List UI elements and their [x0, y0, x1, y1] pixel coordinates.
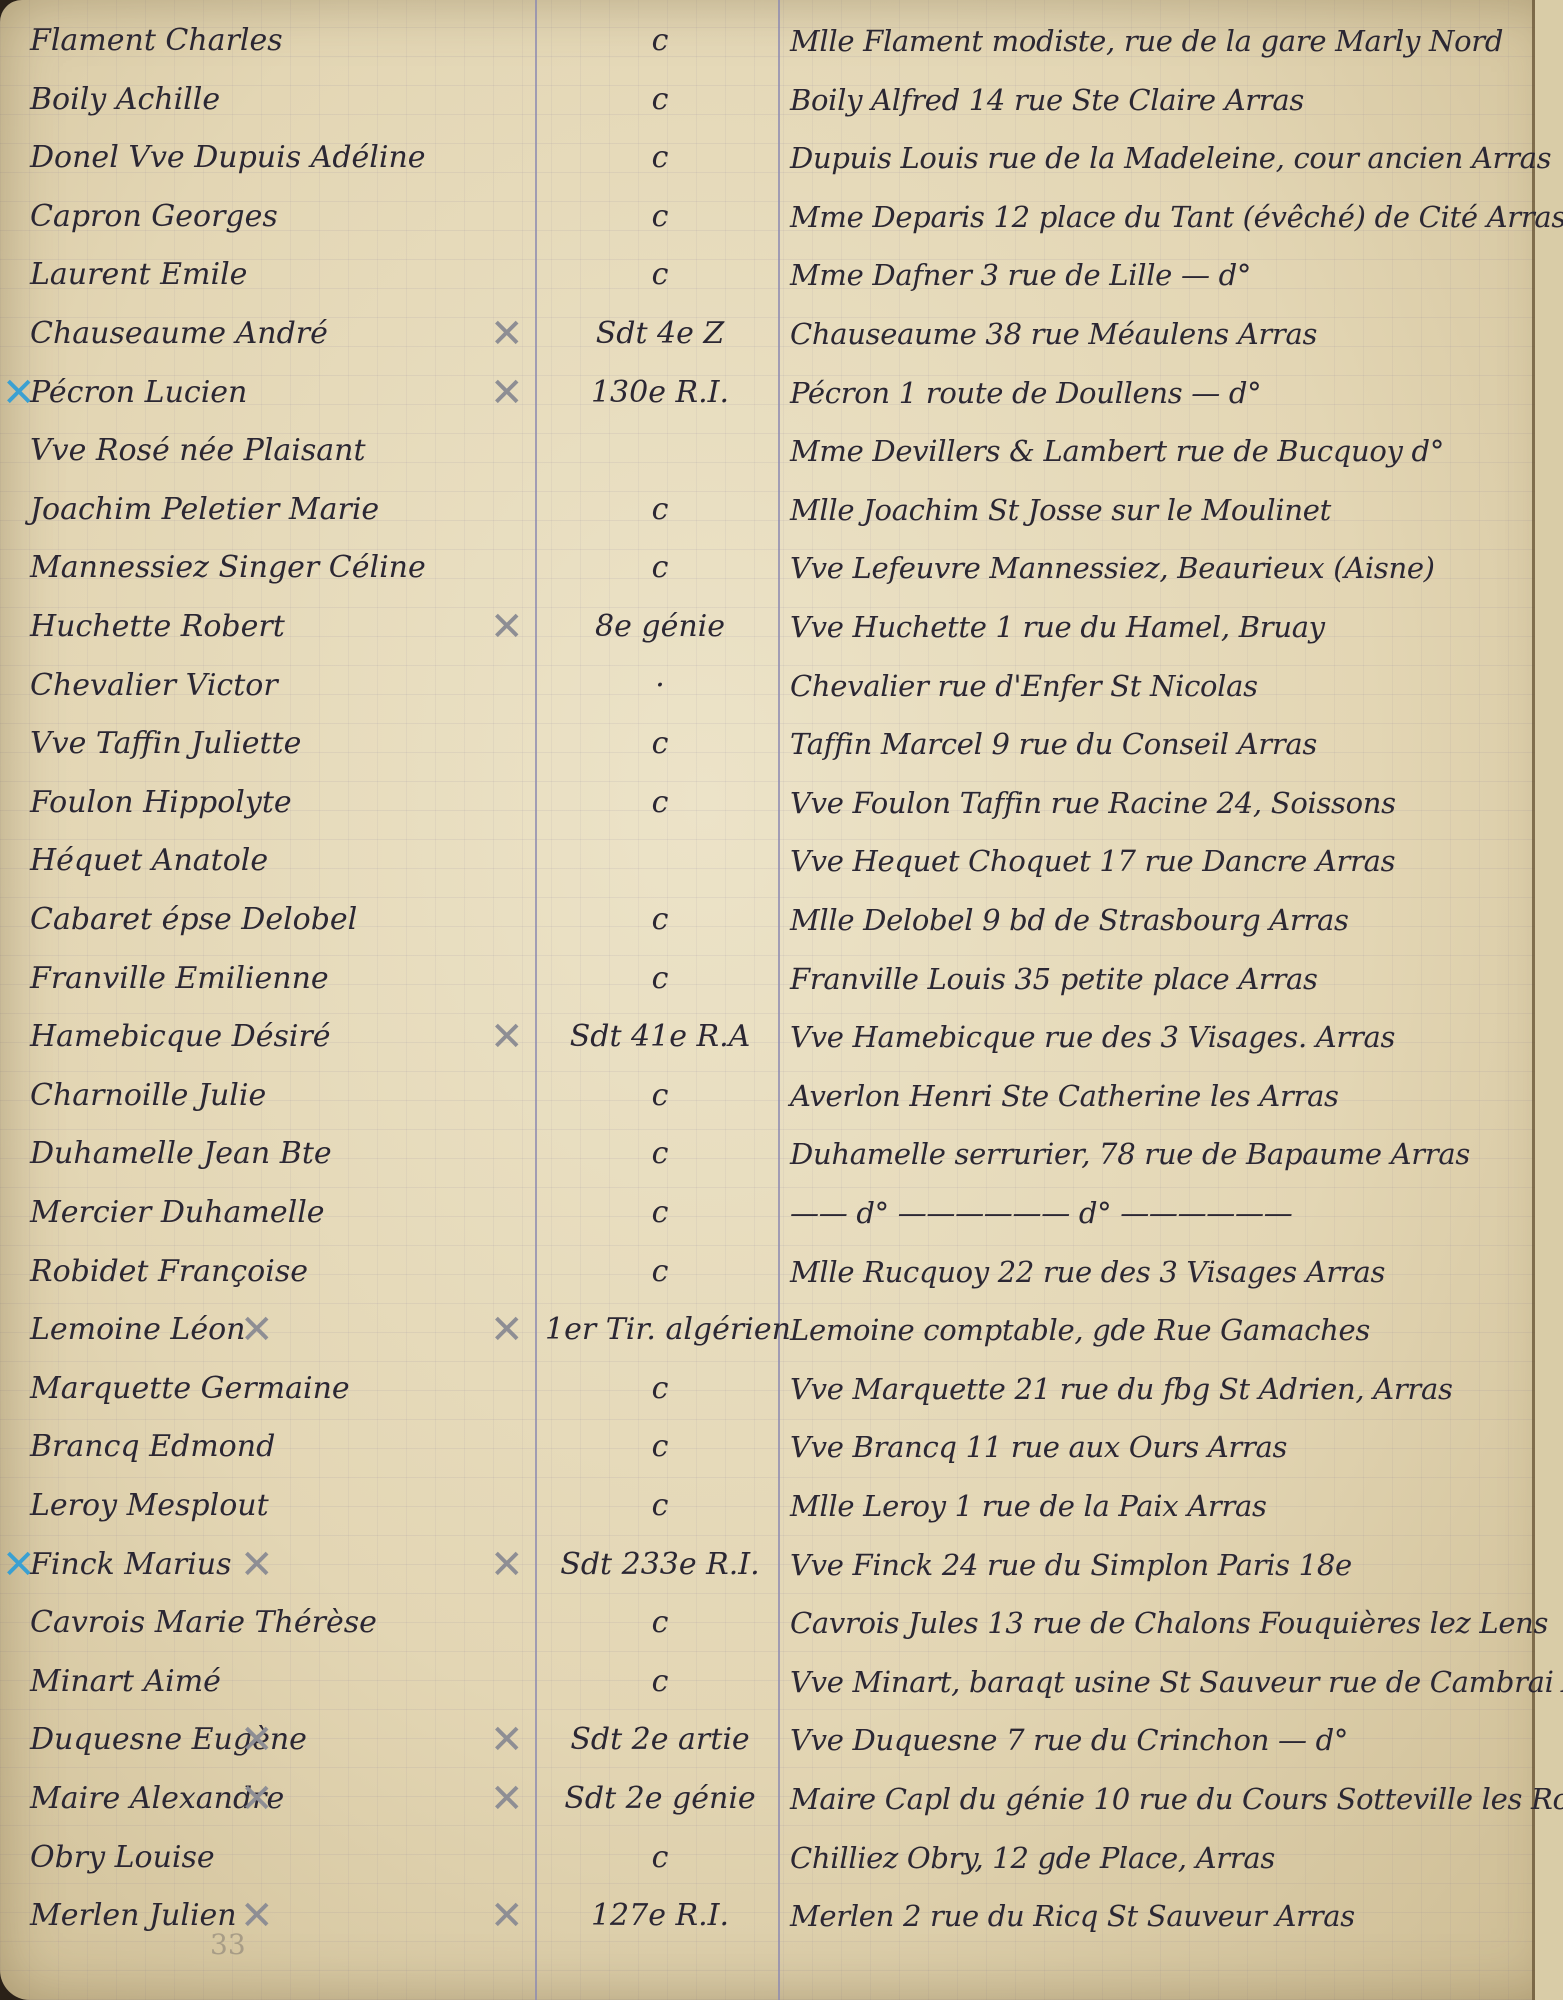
person-name: Obry Louise [30, 1829, 530, 1887]
unit-or-status: · [545, 657, 775, 715]
contact-address: Vve Hequet Choquet 17 rue Dancre Arras [790, 832, 1530, 890]
register-row: Chevalier Victor · Chevalier rue d'Enfer… [0, 657, 1530, 715]
contact-address: Mlle Rucquoy 22 rue des 3 Visages Arras [790, 1243, 1530, 1301]
register-row: Donel Vve Dupuis Adéline c Dupuis Louis … [0, 129, 1530, 187]
unit-or-status: Sdt 2e artie [545, 1711, 775, 1769]
unit-or-status: c [545, 1184, 775, 1242]
cross-mark-icon: ✕ [2, 1542, 36, 1588]
unit-or-status: c [545, 1243, 775, 1301]
register-row: Robidet Françoise c Mlle Rucquoy 22 rue … [0, 1243, 1530, 1301]
register-row: Capron Georges c Mme Deparis 12 place du… [0, 188, 1530, 246]
register-row: Hamebicque Désiré Sdt 41e R.A Vve Hamebi… [0, 1008, 1530, 1066]
person-name: Duquesne Eugène [30, 1711, 530, 1769]
person-name: Joachim Peletier Marie [30, 481, 530, 539]
contact-address: Vve Duquesne 7 rue du Crinchon — d° [790, 1711, 1530, 1769]
register-row: Duhamelle Jean Bte c Duhamelle serrurier… [0, 1125, 1530, 1183]
register-row: Joachim Peletier Marie c Mlle Joachim St… [0, 481, 1530, 539]
facing-page-edge [1535, 0, 1563, 2000]
register-row: Finck Marius Sdt 233e R.I. Vve Finck 24 … [0, 1536, 1530, 1594]
person-name: Hamebicque Désiré [30, 1008, 530, 1066]
contact-address: Mme Dafner 3 rue de Lille — d° [790, 246, 1530, 304]
cross-mark-icon: ✕ [490, 1776, 524, 1822]
person-name: Mercier Duhamelle [30, 1184, 530, 1242]
contact-address: Boily Alfred 14 rue Ste Claire Arras [790, 71, 1530, 129]
person-name: Mannessiez Singer Céline [30, 539, 530, 597]
person-name: Leroy Mesplout [30, 1477, 530, 1535]
person-name: Foulon Hippolyte [30, 774, 530, 832]
unit-or-status: c [545, 71, 775, 129]
contact-address: Mme Devillers & Lambert rue de Bucquoy d… [790, 422, 1530, 480]
contact-address: Vve Marquette 21 rue du fbg St Adrien, A… [790, 1360, 1530, 1418]
register-row: Huchette Robert 8e génie Vve Huchette 1 … [0, 598, 1530, 656]
person-name: Huchette Robert [30, 598, 530, 656]
unit-or-status: c [545, 774, 775, 832]
register-row: Duquesne Eugène Sdt 2e artie Vve Duquesn… [0, 1711, 1530, 1769]
unit-or-status: 1er Tir. algérien [545, 1301, 775, 1359]
register-row: Pécron Lucien 130e R.I. Pécron 1 route d… [0, 364, 1530, 422]
cross-mark-icon: ✕ [490, 370, 524, 416]
register-row: Chauseaume André Sdt 4e Z Chauseaume 38 … [0, 305, 1530, 363]
person-name: Franville Emilienne [30, 950, 530, 1008]
contact-address: Vve Huchette 1 rue du Hamel, Bruay [790, 598, 1530, 656]
unit-or-status: c [545, 950, 775, 1008]
register-row: Minart Aimé c Vve Minart, baraqt usine S… [0, 1653, 1530, 1711]
unit-or-status: c [545, 891, 775, 949]
cross-mark-icon: ✕ [240, 1776, 274, 1822]
cross-mark-icon: ✕ [240, 1542, 274, 1588]
unit-or-status: c [545, 129, 775, 187]
person-name: Duhamelle Jean Bte [30, 1125, 530, 1183]
cross-mark-icon: ✕ [240, 1307, 274, 1353]
person-name: Brancq Edmond [30, 1418, 530, 1476]
cross-mark-icon: ✕ [490, 604, 524, 650]
person-name: Vve Rosé née Plaisant [30, 422, 530, 480]
register-row: Mercier Duhamelle c —— d° —————— d° ————… [0, 1184, 1530, 1242]
person-name: Flament Charles [30, 12, 530, 70]
cross-mark-icon: ✕ [490, 311, 524, 357]
contact-address: Mlle Leroy 1 rue de la Paix Arras [790, 1477, 1530, 1535]
person-name: Marquette Germaine [30, 1360, 530, 1418]
register-page: Flament Charles c Mlle Flament modiste, … [0, 0, 1563, 2000]
register-row: Héquet Anatole Vve Hequet Choquet 17 rue… [0, 832, 1530, 890]
person-name: Cabaret épse Delobel [30, 891, 530, 949]
unit-or-status: c [545, 715, 775, 773]
unit-or-status: 130e R.I. [545, 364, 775, 422]
person-name: Capron Georges [30, 188, 530, 246]
contact-address: Vve Hamebicque rue des 3 Visages. Arras [790, 1008, 1530, 1066]
unit-or-status: c [545, 1477, 775, 1535]
cross-mark-icon: ✕ [490, 1014, 524, 1060]
contact-address: Pécron 1 route de Doullens — d° [790, 364, 1530, 422]
contact-address: Vve Minart, baraqt usine St Sauveur rue … [790, 1653, 1530, 1711]
contact-address: Vve Finck 24 rue du Simplon Paris 18e [790, 1536, 1530, 1594]
cross-mark-icon: ✕ [490, 1307, 524, 1353]
register-row: Marquette Germaine c Vve Marquette 21 ru… [0, 1360, 1530, 1418]
unit-or-status: c [545, 1360, 775, 1418]
person-name: Vve Taffin Juliette [30, 715, 530, 773]
contact-address: Taffin Marcel 9 rue du Conseil Arras [790, 715, 1530, 773]
contact-address: Franville Louis 35 petite place Arras [790, 950, 1530, 1008]
register-row: Vve Rosé née Plaisant Mme Devillers & La… [0, 422, 1530, 480]
contact-address: Maire Capl du génie 10 rue du Cours Sott… [790, 1770, 1530, 1828]
contact-address: Vve Lefeuvre Mannessiez, Beaurieux (Aisn… [790, 539, 1530, 597]
unit-or-status: c [545, 246, 775, 304]
register-row: Boily Achille c Boily Alfred 14 rue Ste … [0, 71, 1530, 129]
register-row: Cabaret épse Delobel c Mlle Delobel 9 bd… [0, 891, 1530, 949]
contact-address: Mlle Delobel 9 bd de Strasbourg Arras [790, 891, 1530, 949]
cross-mark-icon: ✕ [240, 1717, 274, 1763]
unit-or-status: c [545, 481, 775, 539]
cross-mark-icon: ✕ [490, 1717, 524, 1763]
person-name: Cavrois Marie Thérèse [30, 1594, 530, 1652]
unit-or-status: c [545, 1067, 775, 1125]
person-name: Lemoine Léon [30, 1301, 530, 1359]
register-row: Brancq Edmond c Vve Brancq 11 rue aux Ou… [0, 1418, 1530, 1476]
person-name: Merlen Julien [30, 1887, 530, 1945]
unit-or-status: c [545, 1829, 775, 1887]
unit-or-status: c [545, 188, 775, 246]
cross-mark-icon: ✕ [490, 1893, 524, 1939]
person-name: Finck Marius [30, 1536, 530, 1594]
cross-mark-icon: ✕ [490, 1542, 524, 1588]
person-name: Pécron Lucien [30, 364, 530, 422]
unit-or-status: c [545, 1653, 775, 1711]
unit-or-status: 8e génie [545, 598, 775, 656]
person-name: Laurent Emile [30, 246, 530, 304]
unit-or-status: Sdt 233e R.I. [545, 1536, 775, 1594]
contact-address: Averlon Henri Ste Catherine les Arras [790, 1067, 1530, 1125]
unit-or-status: Sdt 2e génie [545, 1770, 775, 1828]
person-name: Donel Vve Dupuis Adéline [30, 129, 530, 187]
unit-or-status: c [545, 1418, 775, 1476]
unit-or-status: c [545, 539, 775, 597]
register-row: Maire Alexandre Sdt 2e génie Maire Capl … [0, 1770, 1530, 1828]
contact-address: Duhamelle serrurier, 78 rue de Bapaume A… [790, 1125, 1530, 1183]
cross-mark-icon: ✕ [2, 370, 36, 416]
contact-address: Vve Brancq 11 rue aux Ours Arras [790, 1418, 1530, 1476]
person-name: Chauseaume André [30, 305, 530, 363]
unit-or-status: Sdt 4e Z [545, 305, 775, 363]
register-row: Vve Taffin Juliette c Taffin Marcel 9 ru… [0, 715, 1530, 773]
contact-address: Lemoine comptable, gde Rue Gamaches [790, 1301, 1530, 1359]
person-name: Maire Alexandre [30, 1770, 530, 1828]
folio-number: 33 [210, 1928, 246, 1961]
person-name: Chevalier Victor [30, 657, 530, 715]
register-row: Mannessiez Singer Céline c Vve Lefeuvre … [0, 539, 1530, 597]
register-row: Flament Charles c Mlle Flament modiste, … [0, 12, 1530, 70]
contact-address: Mme Deparis 12 place du Tant (évêché) de… [790, 188, 1530, 246]
person-name: Charnoille Julie [30, 1067, 530, 1125]
person-name: Héquet Anatole [30, 832, 530, 890]
contact-address: Mlle Flament modiste, rue de la gare Mar… [790, 12, 1530, 70]
unit-or-status: 127e R.I. [545, 1887, 775, 1945]
person-name: Robidet Françoise [30, 1243, 530, 1301]
register-row: Laurent Emile c Mme Dafner 3 rue de Lill… [0, 246, 1530, 304]
contact-address: Dupuis Louis rue de la Madeleine, cour a… [790, 129, 1530, 187]
register-row: Obry Louise c Chilliez Obry, 12 gde Plac… [0, 1829, 1530, 1887]
contact-address: Vve Foulon Taffin rue Racine 24, Soisson… [790, 774, 1530, 832]
register-row: Lemoine Léon 1er Tir. algérien Lemoine c… [0, 1301, 1530, 1359]
person-name: Boily Achille [30, 71, 530, 129]
contact-address: Chauseaume 38 rue Méaulens Arras [790, 305, 1530, 363]
unit-or-status: c [545, 1125, 775, 1183]
unit-or-status: c [545, 12, 775, 70]
person-name: Minart Aimé [30, 1653, 530, 1711]
register-row: Charnoille Julie c Averlon Henri Ste Cat… [0, 1067, 1530, 1125]
contact-address: Chevalier rue d'Enfer St Nicolas [790, 657, 1530, 715]
register-row: Cavrois Marie Thérèse c Cavrois Jules 13… [0, 1594, 1530, 1652]
unit-or-status: c [545, 1594, 775, 1652]
register-row: Foulon Hippolyte c Vve Foulon Taffin rue… [0, 774, 1530, 832]
contact-address: —— d° —————— d° —————— [790, 1184, 1530, 1242]
contact-address: Mlle Joachim St Josse sur le Moulinet [790, 481, 1530, 539]
unit-or-status: Sdt 41e R.A [545, 1008, 775, 1066]
contact-address: Merlen 2 rue du Ricq St Sauveur Arras [790, 1887, 1530, 1945]
contact-address: Cavrois Jules 13 rue de Chalons Fouquièr… [790, 1594, 1530, 1652]
contact-address: Chilliez Obry, 12 gde Place, Arras [790, 1829, 1530, 1887]
register-row: Franville Emilienne c Franville Louis 35… [0, 950, 1530, 1008]
register-row: Leroy Mesplout c Mlle Leroy 1 rue de la … [0, 1477, 1530, 1535]
